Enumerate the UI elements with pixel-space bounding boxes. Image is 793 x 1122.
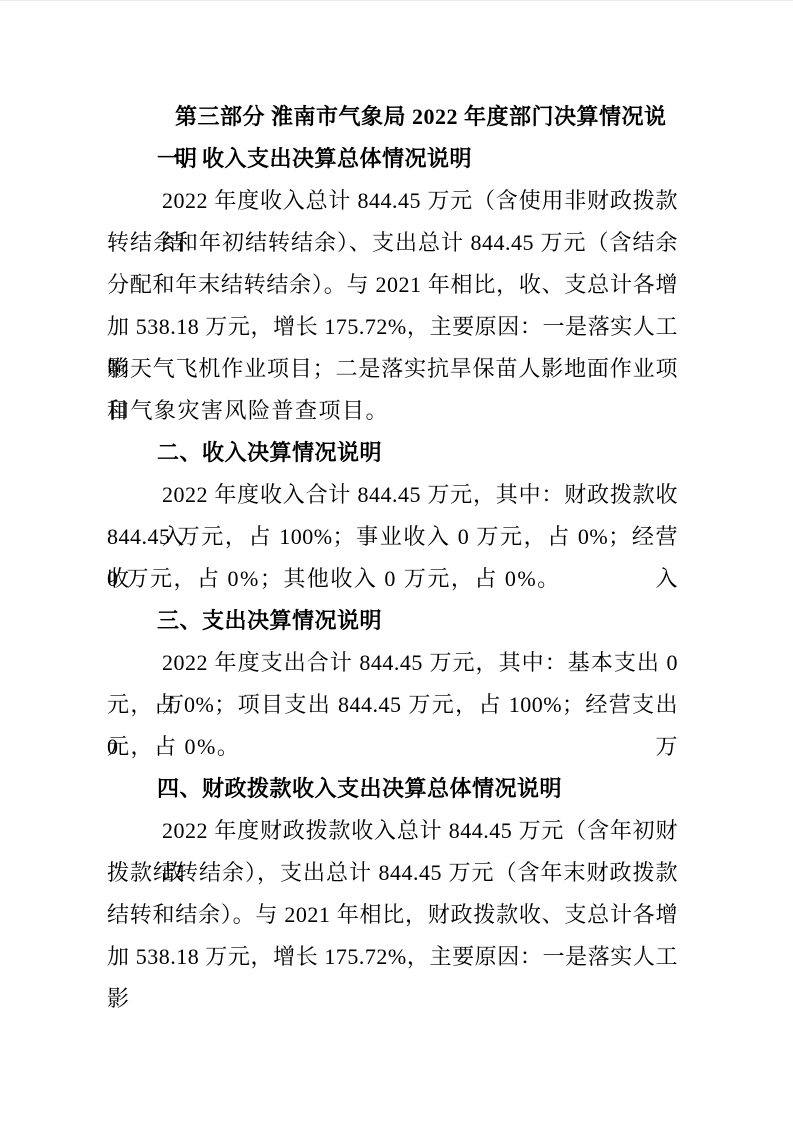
text-line: 拨款结转结余），支出总计 844.45 万元（含年末财政拨款 (107, 852, 678, 894)
section-heading-4: 四、财政拨款收入支出决算总体情况说明 (107, 768, 678, 810)
document-title: 第三部分 淮南市气象局 2022 年度部门决算情况说明 (107, 96, 678, 138)
section-heading-3: 三、支出决算情况说明 (107, 600, 678, 642)
text-line: 响天气飞机作业项目；二是落实抗旱保苗人影地面作业项目 (107, 348, 678, 390)
text-line: 加 538.18 万元，增长 175.72%，主要原因：一是落实人工影 (107, 936, 678, 978)
text-line: 2022 年度收入合计 844.45 万元，其中：财政拨款收入 (107, 474, 678, 516)
text-line: 结转和结余）。与 2021 年相比，财政拨款收、支总计各增 (107, 894, 678, 936)
text-line: 2022 年度财政拨款收入总计 844.45 万元（含年初财政 (107, 810, 678, 852)
text-line: 加 538.18 万元，增长 175.72%，主要原因：一是落实人工影 (107, 306, 678, 348)
text-line: 元，占 0%；项目支出 844.45 万元，占 100%；经营支出 0 万 (107, 684, 678, 726)
section-heading-1: 一、收入支出决算总体情况说明 (107, 138, 678, 180)
section-heading-2: 二、收入决算情况说明 (107, 432, 678, 474)
text-line: 2022 年度支出合计 844.45 万元，其中：基本支出 0 万 (107, 642, 678, 684)
text-line: 转结余和年初结转结余）、支出总计 844.45 万元（含结余 (107, 222, 678, 264)
text-line: 分配和年末结转结余）。与 2021 年相比，收、支总计各增 (107, 264, 678, 306)
text-line: 2022 年度收入总计 844.45 万元（含使用非财政拨款结 (107, 180, 678, 222)
text-line: 和气象灾害风险普查项目。 (107, 390, 678, 432)
document-page: 第三部分 淮南市气象局 2022 年度部门决算情况说明 一、收入支出决算总体情况… (0, 0, 793, 1122)
text-line: 844.45 万元，占 100%；事业收入 0 万元，占 0%；经营收入 (107, 516, 678, 558)
